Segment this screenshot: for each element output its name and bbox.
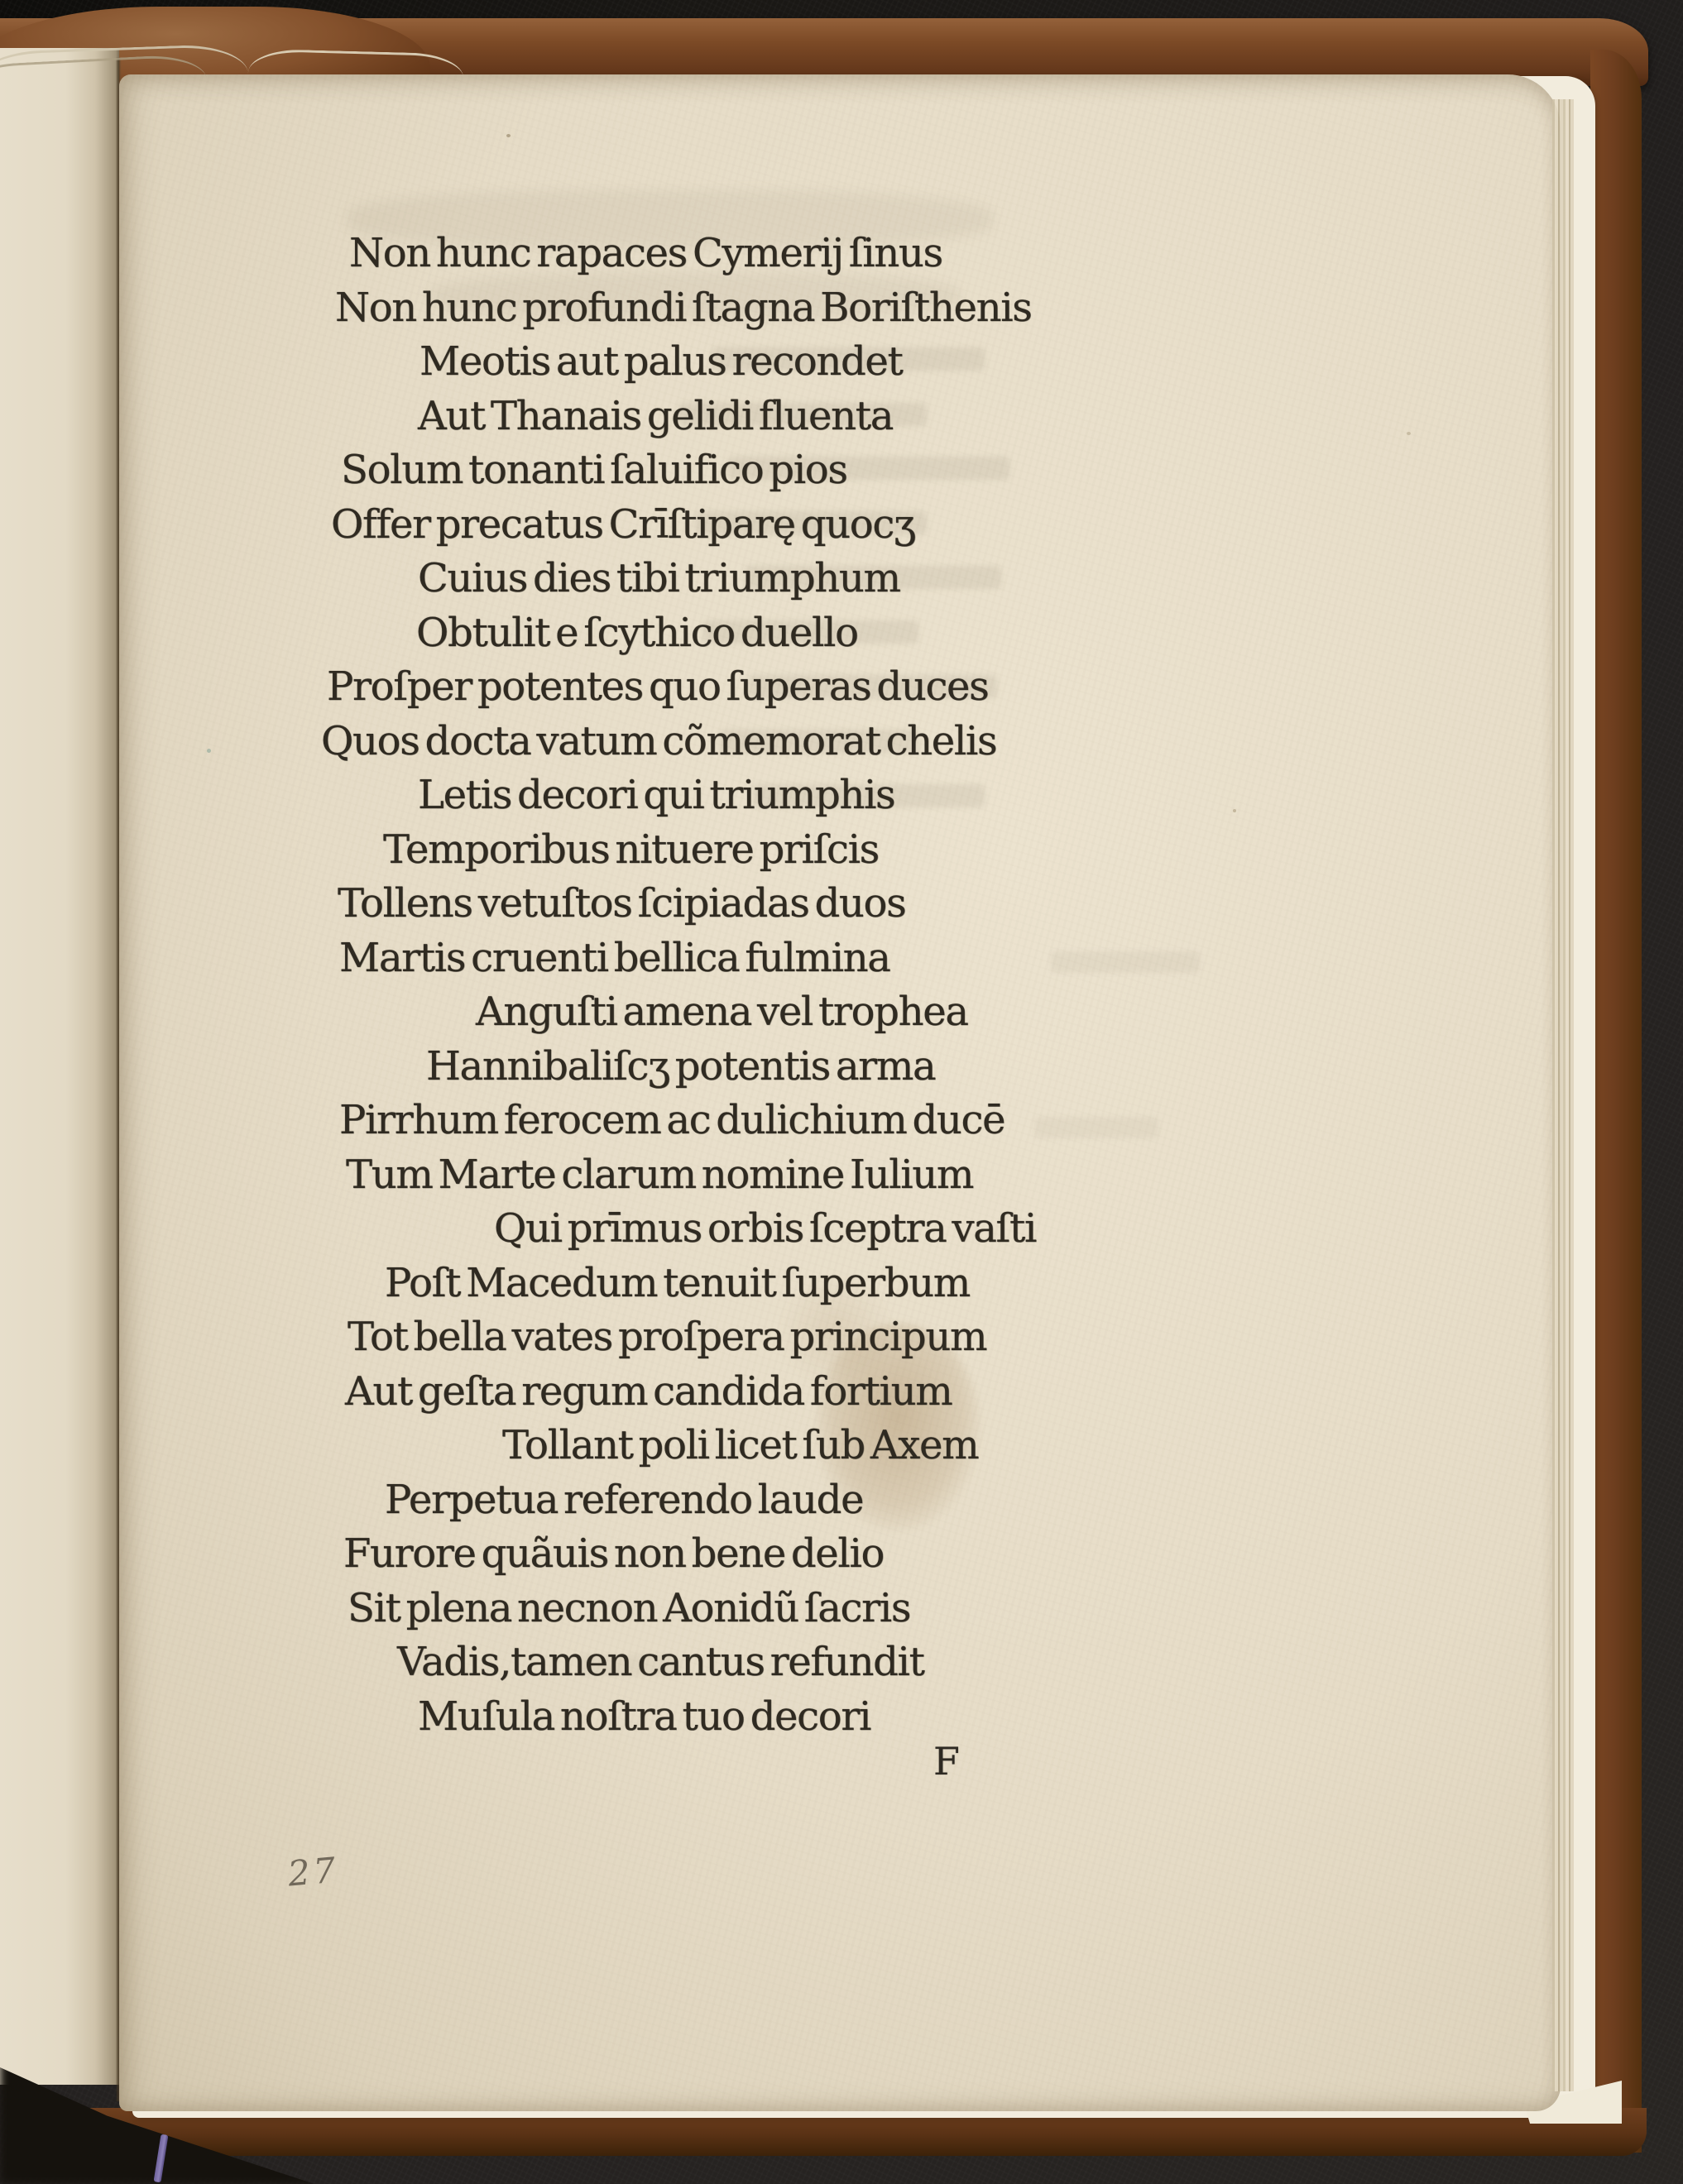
poem-line: Muſula noſtra tuo decori xyxy=(418,1692,870,1741)
poem-line: Solum tonanti ſaluifico pios xyxy=(341,445,847,495)
page-edge-striations xyxy=(1552,99,1574,2091)
facing-page-sliver xyxy=(0,48,119,2085)
folio-number-handwritten: 27 xyxy=(286,1849,340,1894)
poem-line: Furore quãuis non bene delio xyxy=(343,1529,884,1578)
poem-line: Quos docta vatum cõmemorat chelis xyxy=(321,716,996,766)
poem-line: Temporibus nituere priſcis xyxy=(383,825,879,874)
signature-mark: F xyxy=(933,1739,960,1784)
poem-line: Tum Marte clarum nomine Iulium xyxy=(346,1150,973,1200)
poem-line: Meotis aut palus recondet xyxy=(420,337,903,386)
poem-line: Tollens vetuſtos ſcipiadas duos xyxy=(338,879,905,928)
poem-line: Aut Thanais gelidi fluenta xyxy=(418,391,893,441)
poem-line: Non hunc rapaces Cymerij ſinus xyxy=(349,228,942,278)
paper-speck xyxy=(506,134,511,137)
poem-line: Tollant poli licet ſub Axem xyxy=(502,1420,978,1470)
show-through-line xyxy=(1051,951,1200,973)
poem-line: Non hunc profundi ſtagna Boriſthenis xyxy=(335,283,1032,333)
show-through-line xyxy=(1034,1117,1158,1138)
poem-line: Cuius dies tibi triumphum xyxy=(418,553,900,603)
poem-line: Obtulit e ſcythico duello xyxy=(416,608,858,658)
poem-line: Anguſti amena vel trophea xyxy=(476,987,968,1037)
paper-speck xyxy=(1407,432,1411,435)
poem-line: Perpetua referendo laude xyxy=(385,1475,863,1525)
head-edge-arc xyxy=(247,49,463,102)
poem-line: Vadis,tamen cantus refundit xyxy=(397,1637,924,1687)
paper-speck xyxy=(1233,809,1236,812)
poem-line: Proſper potentes quo ſuperas duces xyxy=(327,662,989,711)
leather-binding-right xyxy=(1590,50,1642,2153)
poem-line: Sit plena necnon Aonidũ ſacris xyxy=(348,1583,910,1633)
paper-speck xyxy=(207,749,211,753)
poem-line: Qui prīmus orbis ſceptra vaſti xyxy=(494,1204,1036,1253)
poem-line: Aut geſta regum candida fortium xyxy=(345,1367,952,1416)
poem-line: Offer precatus Crīſtiparę quocʒ xyxy=(331,500,915,549)
poem-line: Martis cruenti bellica fulmina xyxy=(339,933,890,983)
poem-line: Tot bella vates proſpera principum xyxy=(348,1312,986,1362)
poem-line: Hannibaliſcʒ potentis arma xyxy=(426,1042,935,1091)
book-photograph: Non hunc rapaces Cymerij ſinusNon hunc p… xyxy=(0,0,1683,2184)
poem-line: Pirrhum ferocem ac dulichium ducē xyxy=(339,1095,1005,1145)
poem-line: Letis decori qui triumphis xyxy=(418,770,894,820)
poem-line: Poſt Macedum tenuit ſuperbum xyxy=(385,1258,970,1308)
